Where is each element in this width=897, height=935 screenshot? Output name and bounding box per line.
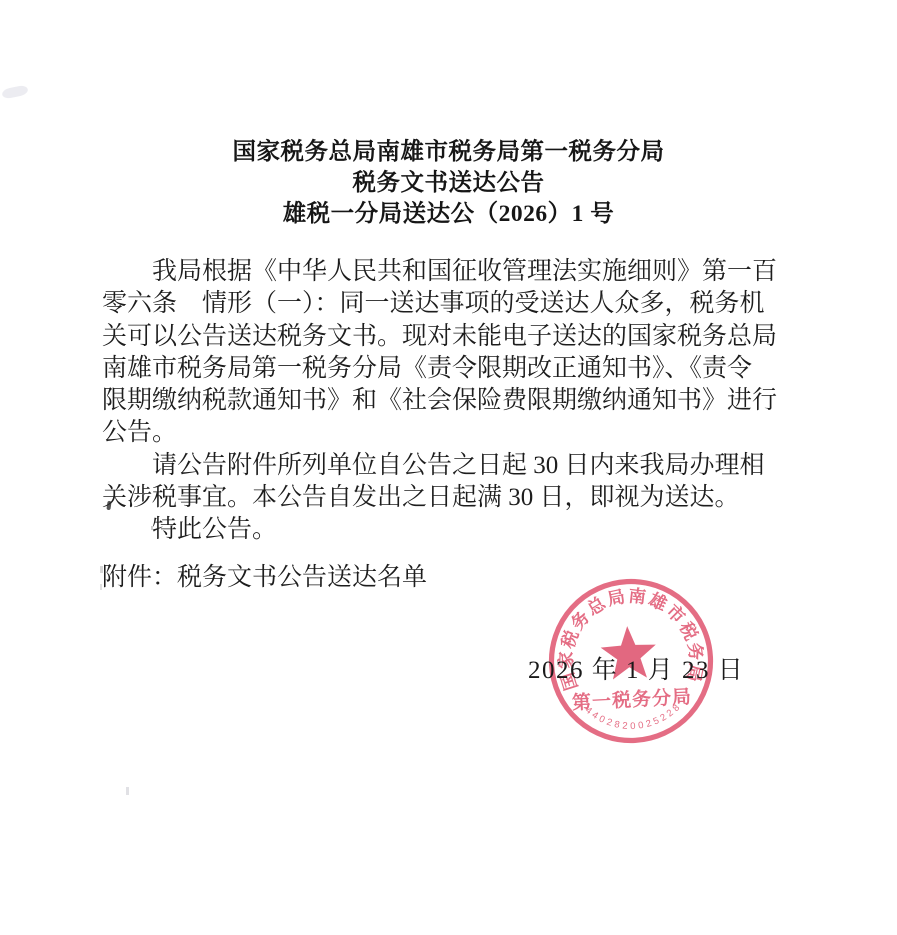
scan-artifact [1,84,29,99]
body-text-line: 关可以公告送达税务文书。现对未能电子送达的国家税务总局 [102,321,798,353]
body-text-line: 我局根据《中华人民共和国征收管理法实施细则》第一百 [102,256,798,288]
document-date: 2026 年 1 月 23 日 [528,650,744,686]
body-text-line: 限期缴纳税款通知书》和《社会保险费限期缴纳通知书》进行 [102,385,798,417]
scan-artifact [126,787,129,795]
body-text-line: 请公告附件所列单位自公告之日起 30 日内来我局办理相 [102,450,798,482]
body-text-line: 南雄市税务局第一税务分局《责令限期改正通知书》、《责令 [102,353,798,385]
body-text-line: 关涉税事宜。本公告自发出之日起满 30 日，即视为送达。 [102,482,798,514]
document-title: 国家税务总局南雄市税务局第一税务分局 税务文书送达公告 雄税一分局送达公（202… [0,137,897,230]
document-body: 我局根据《中华人民共和国征收管理法实施细则》第一百 零六条 情形（一）：同一送达… [102,256,798,547]
attachment-line: 附件：税务文书公告送达名单 [102,562,427,594]
body-text-line: 特此公告。 [102,514,798,546]
document-title-line-1: 国家税务总局南雄市税务局第一税务分局 [0,137,897,168]
body-text-line: 零六条 情形（一）：同一送达事项的受送达人众多，税务机 [102,288,798,320]
document-page: 国家税务总局南雄市税务局第一税务分局 税务文书送达公告 雄税一分局送达公（202… [0,0,897,935]
document-title-line-2: 税务文书送达公告 [0,168,897,199]
document-title-line-3: 雄税一分局送达公（2026）1 号 [0,199,897,230]
body-text-line: 公告。 [102,417,798,449]
